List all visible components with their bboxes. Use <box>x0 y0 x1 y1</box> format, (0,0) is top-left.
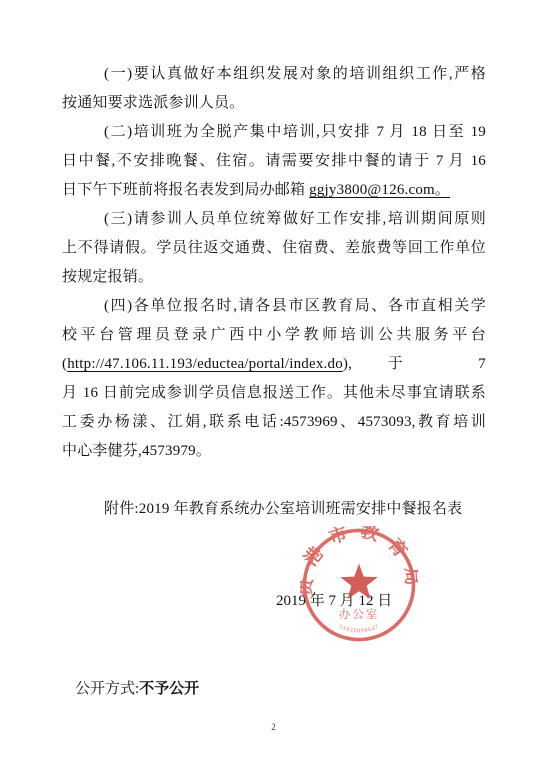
text-segment: (二)培训班为全脱产集中培训,只安排 7 月 18 日至 19 <box>104 124 486 140</box>
text-segment: ),于 7 <box>343 356 486 372</box>
seal-top-text: 贵港市教育局 <box>300 526 418 597</box>
document-page: (一)要认真做好本组织发展对象的培训组织工作,严格按通知要求选派参训人员。(二)… <box>0 0 547 779</box>
text-segment: 月 16 日前完成参训学员信息报送工作。其他未尽事宜请联系 <box>62 385 486 401</box>
text-line: 上不得请假。学员往返交通费、住宿费、差旅费等回工作单位 <box>62 234 486 263</box>
email-link[interactable]: ggjy3800@126.com。 <box>309 182 450 198</box>
text-segment: 上不得请假。学员往返交通费、住宿费、差旅费等回工作单位 <box>62 240 486 256</box>
text-line: 日中餐,不安排晚餐、住宿。请需要安排中餐的请于 7 月 16 <box>62 147 486 176</box>
portal-url-link[interactable]: http://47.106.11.193/eductea/portal/inde… <box>67 356 343 372</box>
text-segment: 校平台管理员登录广西中小学教师培训公共服务平台 <box>62 327 486 343</box>
official-seal: 贵港市教育局 办公室 4539320996473 <box>300 526 418 644</box>
disclosure-label: 公开方式: <box>75 681 139 697</box>
text-line: 工委办杨漾、江娟,联系电话:4573969、4573093,教育培训 <box>62 408 486 437</box>
document-body: (一)要认真做好本组织发展对象的培训组织工作,严格按通知要求选派参训人员。(二)… <box>62 60 486 524</box>
text-segment: (四)各单位报名时,请各县市区教育局、各市直相关学 <box>104 298 486 314</box>
attachment-line: 附件:2019 年教育系统办公室培训班需安排中餐报名表 <box>62 495 486 524</box>
text-line: (四)各单位报名时,请各县市区教育局、各市直相关学 <box>62 292 486 321</box>
text-segment: 按通知要求选派参训人员。 <box>62 95 244 111</box>
seal-serial-number: 4539320996473 <box>300 526 380 634</box>
text-line: 月 16 日前完成参训学员信息报送工作。其他未尽事宜请联系 <box>62 379 486 408</box>
text-segment: 日下午下班前将报名表发到局办邮箱 <box>62 182 309 198</box>
seal-graphic: 贵港市教育局 办公室 4539320996473 <box>300 526 418 644</box>
text-segment: 中心李健芬,4573979。 <box>62 443 211 459</box>
text-segment: 日中餐,不安排晚餐、住宿。请需要安排中餐的请于 7 月 16 <box>62 153 486 169</box>
text-line: 中心李健芬,4573979。 <box>62 437 486 466</box>
text-line: 校平台管理员登录广西中小学教师培训公共服务平台 <box>62 321 486 350</box>
text-segment: 按规定报销。 <box>62 269 153 285</box>
disclosure-value: 不予公开 <box>139 681 199 697</box>
text-segment: 工委办杨漾、江娟,联系电话:4573969、4573093,教育培训 <box>62 414 486 430</box>
seal-ring <box>304 530 413 639</box>
text-segment: (三)请参训人员单位统筹做好工作安排,培训期间原则 <box>104 211 486 227</box>
text-line: (http://47.106.11.193/eductea/portal/ind… <box>62 350 486 379</box>
page-number: 2 <box>0 722 547 732</box>
svg-text:4539320996473: 4539320996473 <box>300 526 380 634</box>
text-line: 日下午下班前将报名表发到局办邮箱 ggjy3800@126.com。 <box>62 176 486 205</box>
text-line: 按通知要求选派参训人员。 <box>62 89 486 118</box>
text-line: 按规定报销。 <box>62 263 486 292</box>
text-line: (一)要认真做好本组织发展对象的培训组织工作,严格 <box>62 60 486 89</box>
document-lines: (一)要认真做好本组织发展对象的培训组织工作,严格按通知要求选派参训人员。(二)… <box>62 60 486 466</box>
text-line: (三)请参训人员单位统筹做好工作安排,培训期间原则 <box>62 205 486 234</box>
svg-text:贵港市教育局: 贵港市教育局 <box>300 526 418 597</box>
text-segment: (一)要认真做好本组织发展对象的培训组织工作,严格 <box>104 66 486 82</box>
text-line: (二)培训班为全脱产集中培训,只安排 7 月 18 日至 19 <box>62 118 486 147</box>
date-line: 2019 年 7 月 12 日 <box>276 590 392 612</box>
disclosure-line: 公开方式:不予公开 <box>75 678 199 700</box>
